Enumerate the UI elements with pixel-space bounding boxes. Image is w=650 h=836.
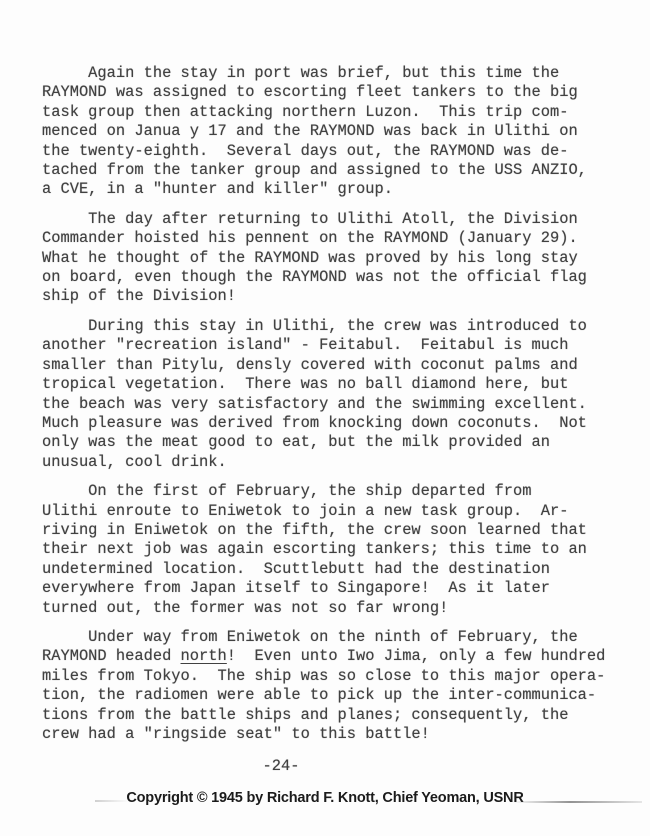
text-line: Ulithi enroute to Eniwetok to join a new…: [42, 502, 620, 521]
text-line: turned out, the former was not so far wr…: [42, 599, 620, 618]
text-line: menced on Janua y 17 and the RAYMOND was…: [42, 122, 620, 141]
text-line: Much pleasure was derived from knocking …: [42, 414, 620, 433]
text-line: The day after returning to Ulithi Atoll,…: [42, 210, 620, 229]
scanned-document-page: Again the stay in port was brief, but th…: [0, 0, 650, 836]
text-line: only was the meat good to eat, but the m…: [42, 433, 620, 452]
text-line: tached from the tanker group and assigne…: [42, 161, 620, 180]
text-line: Under way from Eniwetok on the ninth of …: [42, 628, 620, 647]
text-line: RAYMOND headed north! Even unto Iwo Jima…: [42, 647, 620, 666]
typed-text-block: Again the stay in port was brief, but th…: [42, 64, 620, 754]
text-line: undetermined location. Scuttlebutt had t…: [42, 560, 620, 579]
text-line: Commander hoisted his pennent on the RAY…: [42, 229, 620, 248]
text-line: tion, the radiomen were able to pick up …: [42, 686, 620, 705]
text-line: tions from the battle ships and planes; …: [42, 706, 620, 725]
paragraph-eniwetok: On the first of February, the ship depar…: [42, 482, 620, 618]
copyright-line: Copyright © 1945 by Richard F. Knott, Ch…: [0, 788, 650, 808]
text-line: task group then attacking northern Luzon…: [42, 103, 620, 122]
text-line: another "recreation island" - Feitabul. …: [42, 336, 620, 355]
text-line: riving in Eniwetok on the fifth, the cre…: [42, 521, 620, 540]
page-number: -24-: [0, 757, 562, 776]
text-line: on board, even though the RAYMOND was no…: [42, 268, 620, 287]
text-line: During this stay in Ulithi, the crew was…: [42, 317, 620, 336]
text-line: a CVE, in a "hunter and killer" group.: [42, 180, 620, 199]
text-line: RAYMOND was assigned to escorting fleet …: [42, 83, 620, 102]
text-line: smaller than Pitylu, densly covered with…: [42, 356, 620, 375]
text-line: On the first of February, the ship depar…: [42, 482, 620, 501]
text-line: Again the stay in port was brief, but th…: [42, 64, 620, 83]
text-line: miles from Tokyo. The ship was so close …: [42, 667, 620, 686]
text-line: What he thought of the RAYMOND was prove…: [42, 249, 620, 268]
paragraph-feitabul: During this stay in Ulithi, the crew was…: [42, 317, 620, 472]
text-line: ship of the Division!: [42, 287, 620, 306]
text-line: tropical vegetation. There was no ball d…: [42, 375, 620, 394]
paragraph-division-commander: The day after returning to Ulithi Atoll,…: [42, 210, 620, 307]
text-line: everywhere from Japan itself to Singapor…: [42, 579, 620, 598]
text-line: their next job was again escorting tanke…: [42, 540, 620, 559]
text-line: unusual, cool drink.: [42, 453, 620, 472]
text-line: the twenty-eighth. Several days out, the…: [42, 142, 620, 161]
paragraph-iwo-jima: Under way from Eniwetok on the ninth of …: [42, 628, 620, 744]
text-line: crew had a "ringside seat" to this battl…: [42, 725, 620, 744]
text-line: the beach was very satisfactory and the …: [42, 395, 620, 414]
paragraph-port-stay: Again the stay in port was brief, but th…: [42, 64, 620, 200]
